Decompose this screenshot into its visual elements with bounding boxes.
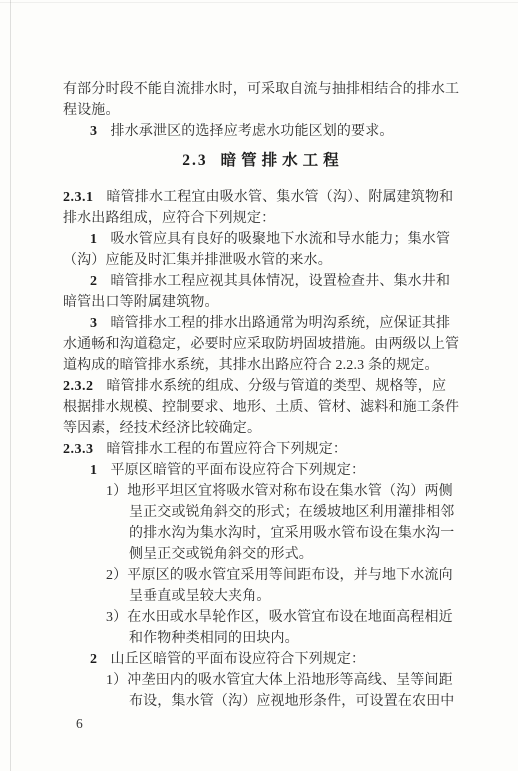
text-line: 侧呈正交或锐角斜交的形式。 bbox=[63, 544, 463, 565]
section-heading: 2.3暗管排水工程 bbox=[63, 150, 463, 171]
line-text: 等因素，经技术经济比较确定。 bbox=[63, 421, 261, 436]
line-text: 呈正交或锐角斜交的形式；在缓坡地区利用灌排相邻 bbox=[129, 505, 454, 520]
line-text: 布设，集水管（沟）应视地形条件，可设置在农田中 bbox=[129, 694, 454, 709]
line-text: 暗管出口等附属建筑物。 bbox=[63, 295, 219, 310]
document-page: 有部分时段不能自流排水时，可采取自流与抽排相结合的排水工程设施。3排水承泄区的选… bbox=[0, 0, 518, 771]
text-line: 根据排水规模、控制要求、地形、土质、管材、滤料和施工条件 bbox=[63, 397, 463, 418]
text-line: 呈垂直或呈较大夹角。 bbox=[63, 586, 463, 607]
line-text: （沟）应能及时汇集并排泄吸水管的来水。 bbox=[63, 253, 332, 268]
text-line: 1平原区暗管的平面布设应符合下列规定： bbox=[63, 460, 463, 481]
text-line: 道构成的暗管排水系统，其排水出路应符合 2.2.3 条的规定。 bbox=[63, 355, 463, 376]
text-line: 呈正交或锐角斜交的形式；在缓坡地区利用灌排相邻 bbox=[63, 502, 463, 523]
line-text: 水通畅和沟道稳定，必要时应采取防坍固坡措施。由两级以上管 bbox=[63, 337, 459, 352]
text-line: 2山丘区暗管的平面布设应符合下列规定： bbox=[63, 649, 463, 670]
line-text: 和作物种类相同的田块内。 bbox=[129, 631, 299, 646]
text-line: 和作物种类相同的田块内。 bbox=[63, 628, 463, 649]
text-line: 有部分时段不能自流排水时，可采取自流与抽排相结合的排水工 bbox=[63, 79, 463, 100]
text-line: 2.3.2暗管排水系统的组成、分级与管道的类型、规格等，应 bbox=[63, 376, 463, 397]
line-text: 3）在水田或水旱轮作区，吸水管宜布设在地面高程相近 bbox=[106, 610, 453, 625]
text-line: 暗管出口等附属建筑物。 bbox=[63, 292, 463, 313]
line-text: 侧呈正交或锐角斜交的形式。 bbox=[129, 547, 313, 562]
text-line: 2）平原区的吸水管宜采用等间距布设，并与地下水流向 bbox=[63, 565, 463, 586]
line-text: 暗管排水系统的组成、分级与管道的类型、规格等，应 bbox=[107, 379, 447, 394]
line-label: 3 bbox=[90, 124, 98, 139]
line-text: 道构成的暗管排水系统，其排水出路应符合 2.2.3 条的规定。 bbox=[63, 358, 439, 373]
line-text: 吸水管应具有良好的吸聚地下水流和导水能力；集水管 bbox=[111, 232, 451, 247]
heading-title: 暗管排水工程 bbox=[221, 152, 344, 169]
line-label: 2 bbox=[90, 274, 98, 289]
line-text: 暗管排水工程的布置应符合下列规定： bbox=[107, 442, 348, 457]
text-line: 布设，集水管（沟）应视地形条件，可设置在农田中 bbox=[63, 691, 463, 712]
text-line: 2.3.1暗管排水工程宜由吸水管、集水管（沟）、附属建筑物和 bbox=[63, 187, 463, 208]
line-label: 1 bbox=[90, 232, 98, 247]
line-label: 3 bbox=[90, 316, 98, 331]
text-line: 1吸水管应具有良好的吸聚地下水流和导水能力；集水管 bbox=[63, 229, 463, 250]
text-line: 1）冲垄田内的吸水管宜大体上沿地形等高线、呈等间距 bbox=[63, 670, 463, 691]
line-text: 的排水沟为集水沟时，宜采用吸水管布设在集水沟一 bbox=[129, 526, 454, 541]
document-body: 有部分时段不能自流排水时，可采取自流与抽排相结合的排水工程设施。3排水承泄区的选… bbox=[63, 79, 463, 712]
line-label: 1 bbox=[90, 463, 98, 478]
line-text: 1）地形平坦区宜将吸水管对称布设在集水管（沟）两侧 bbox=[106, 484, 453, 499]
line-text: 有部分时段不能自流排水时，可采取自流与抽排相结合的排水工 bbox=[63, 82, 459, 97]
line-text: 呈垂直或呈较大夹角。 bbox=[129, 589, 271, 604]
text-line: 3排水承泄区的选择应考虑水功能区划的要求。 bbox=[63, 121, 463, 142]
line-text: 山丘区暗管的平面布设应符合下列规定： bbox=[111, 652, 366, 667]
line-label: 2 bbox=[90, 652, 98, 667]
text-line: （沟）应能及时汇集并排泄吸水管的来水。 bbox=[63, 250, 463, 271]
line-label: 2.3.1 bbox=[63, 190, 94, 205]
text-line: 2.3.3暗管排水工程的布置应符合下列规定： bbox=[63, 439, 463, 460]
line-text: 平原区暗管的平面布设应符合下列规定： bbox=[111, 463, 366, 478]
page-edge-line bbox=[10, 0, 11, 771]
line-text: 暗管排水工程宜由吸水管、集水管（沟）、附属建筑物和 bbox=[107, 190, 454, 205]
text-line: 的排水沟为集水沟时，宜采用吸水管布设在集水沟一 bbox=[63, 523, 463, 544]
line-text: 根据排水规模、控制要求、地形、土质、管材、滤料和施工条件 bbox=[63, 400, 459, 415]
text-line: 2暗管排水工程应视其具体情况，设置检查井、集水井和 bbox=[63, 271, 463, 292]
line-text: 1）冲垄田内的吸水管宜大体上沿地形等高线、呈等间距 bbox=[106, 673, 453, 688]
line-text: 2）平原区的吸水管宜采用等间距布设，并与地下水流向 bbox=[106, 568, 453, 583]
line-text: 排水承泄区的选择应考虑水功能区划的要求。 bbox=[111, 124, 394, 139]
text-line: 排水出路组成，应符合下列规定： bbox=[63, 208, 463, 229]
line-text: 暗管排水工程应视其具体情况，设置检查井、集水井和 bbox=[111, 274, 451, 289]
line-label: 2.3.2 bbox=[63, 379, 94, 394]
text-line: 3）在水田或水旱轮作区，吸水管宜布设在地面高程相近 bbox=[63, 607, 463, 628]
page-top-edge-line bbox=[0, 2, 518, 3]
page-number: 6 bbox=[76, 713, 83, 734]
text-line: 程设施。 bbox=[63, 100, 463, 121]
text-line: 3暗管排水工程的排水出路通常为明沟系统，应保证其排 bbox=[63, 313, 463, 334]
heading-number: 2.3 bbox=[182, 152, 207, 169]
text-line: 1）地形平坦区宜将吸水管对称布设在集水管（沟）两侧 bbox=[63, 481, 463, 502]
line-label: 2.3.3 bbox=[63, 442, 94, 457]
line-text: 暗管排水工程的排水出路通常为明沟系统，应保证其排 bbox=[111, 316, 451, 331]
text-line: 等因素，经技术经济比较确定。 bbox=[63, 418, 463, 439]
text-line: 水通畅和沟道稳定，必要时应采取防坍固坡措施。由两级以上管 bbox=[63, 334, 463, 355]
line-text: 程设施。 bbox=[63, 103, 120, 118]
line-text: 排水出路组成，应符合下列规定： bbox=[63, 211, 275, 226]
